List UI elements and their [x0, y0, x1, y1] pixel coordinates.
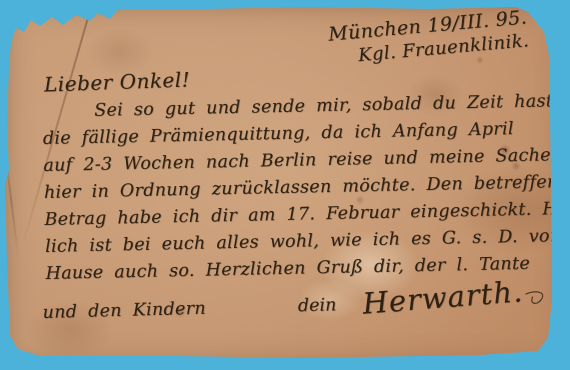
- postcard: München 19/III. 95. Kgl. Frauenklinik. L…: [0, 0, 570, 370]
- scan-background: München 19/III. 95. Kgl. Frauenklinik. L…: [0, 0, 570, 370]
- signature: Herwarth.: [361, 274, 524, 321]
- closing-word: dein: [298, 295, 337, 316]
- postcard-header: München 19/III. 95. Kgl. Frauenklinik.: [327, 6, 529, 68]
- salutation: Lieber Onkel!: [44, 67, 191, 96]
- body-line: und den Kindern: [42, 299, 206, 323]
- crease-mark: [4, 150, 19, 259]
- signature-flourish-icon: [525, 283, 551, 314]
- letter-body: Sei so gut und sende mir, sobald du Zeit…: [42, 88, 558, 288]
